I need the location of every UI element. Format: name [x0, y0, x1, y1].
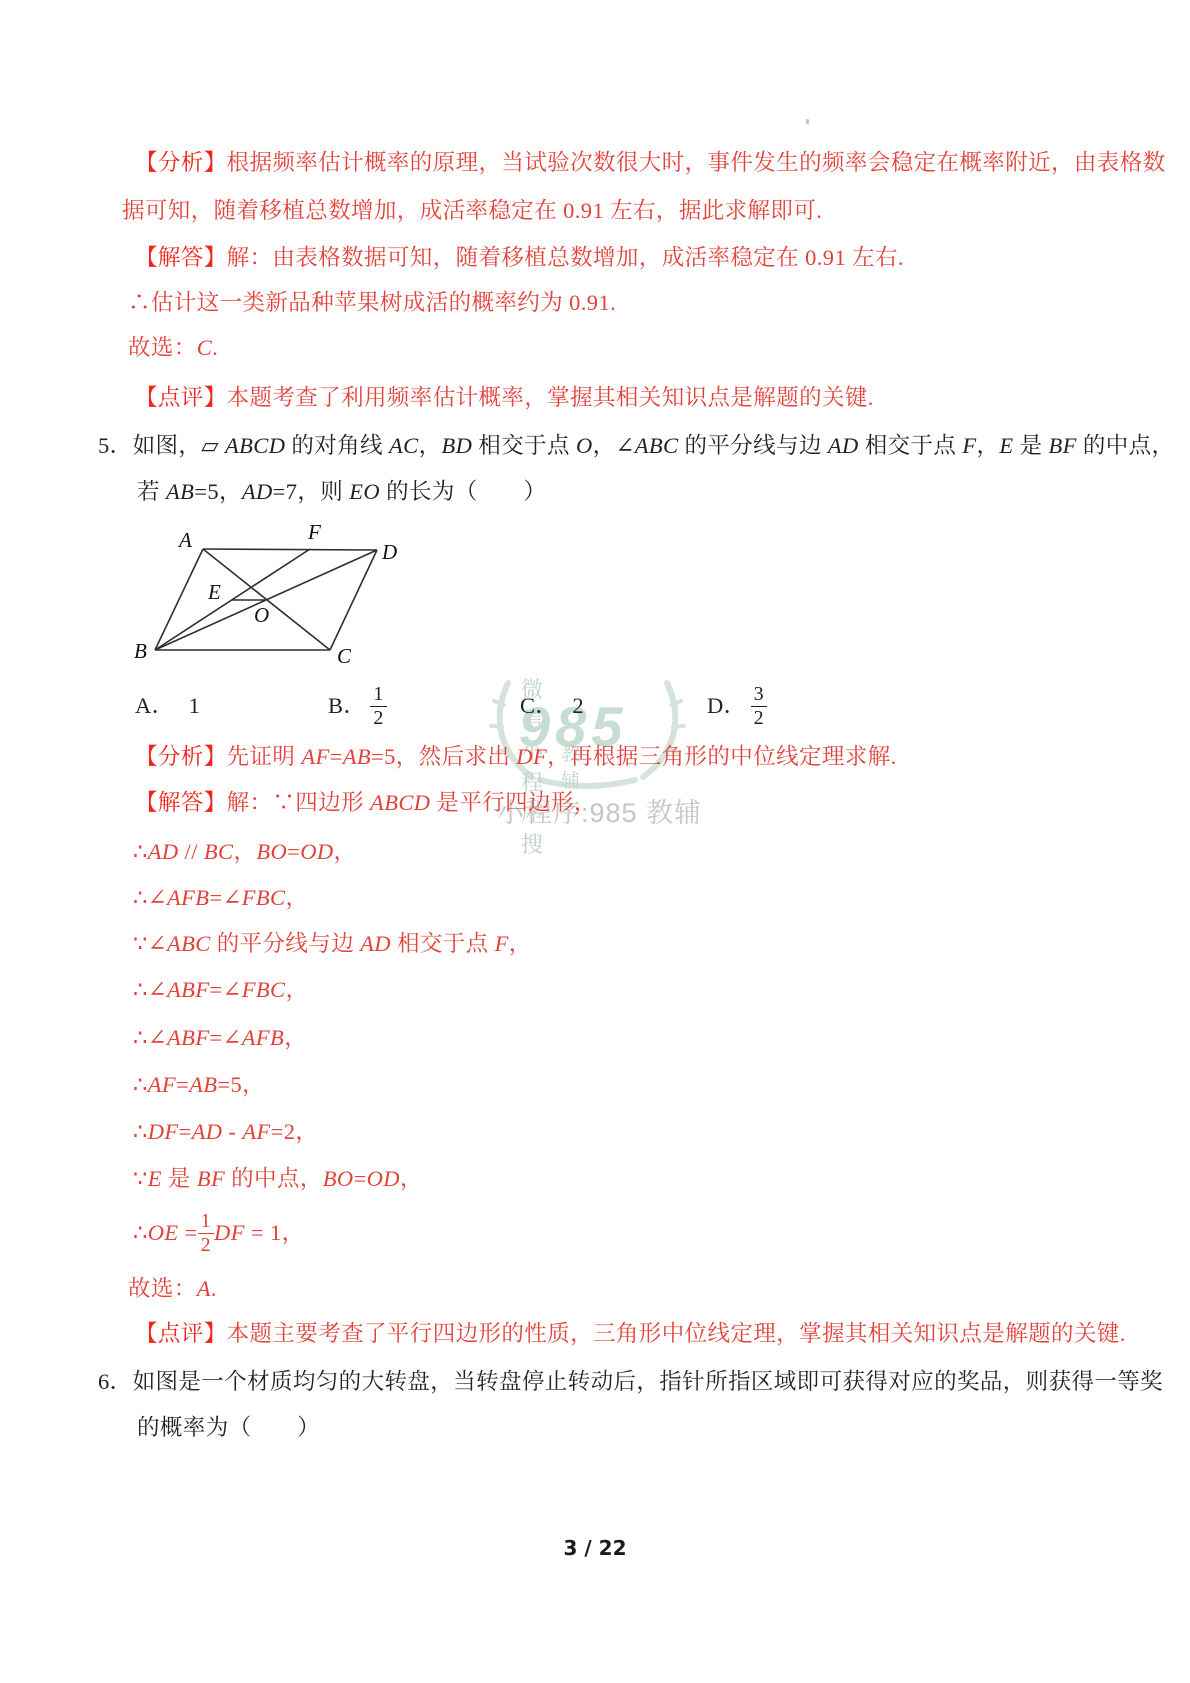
q4-choice-line: 故选：C.	[128, 333, 218, 363]
vertex-label-o: O	[254, 603, 269, 627]
q4-conclusion-line: ∴估计这一类新品种苹果树成活的概率约为 0.91.	[128, 288, 616, 318]
vertex-label-b: B	[134, 639, 147, 663]
q5-oe-equation-line: ∴OE = 12 DF = 1，	[133, 1201, 305, 1265]
q5-analysis-line: 【分析】先证明 AF=AB=5，然后求出 DF，再根据三角形的中位线定理求解.	[135, 742, 897, 772]
q5-comment-line: 【点评】本题主要考查了平行四边形的性质，三角形中位线定理，掌握其相关知识点是解题…	[135, 1319, 1126, 1349]
q6-number: 6．	[98, 1369, 133, 1394]
side-CD	[330, 550, 377, 650]
q5-step-line: ∵∠ABC 的平分线与边 AD 相交于点 F，	[133, 929, 532, 959]
q4-analysis-line1: 【分析】根据频率估计概率的原理，当试验次数很大时，事件发生的频率会稳定在概率附近…	[135, 148, 1166, 178]
q4-answer-line: 【解答】解：由表格数据可知，随着移植总数增加，成活率稳定在 0.91 左右.	[135, 243, 904, 273]
q5-step-line: ∴∠ABF=∠AFB，	[133, 1023, 307, 1053]
comment-tag: 【点评】	[135, 1321, 227, 1346]
option-d: D． 32	[707, 674, 767, 738]
parallelogram-figure: A F D E O B C	[128, 515, 418, 675]
option-b-fraction: 12	[370, 683, 386, 729]
comment-tag: 【点评】	[135, 385, 227, 410]
vertex-label-e: E	[207, 580, 221, 604]
q5-step-line: ∵E 是 BF 的中点，BO=OD，	[133, 1164, 423, 1194]
vertex-label-a: A	[177, 528, 192, 552]
option-a: A．1	[135, 691, 200, 721]
option-b: B． 12	[328, 674, 387, 738]
q6-stem-line2: 的概率为（ ）	[137, 1413, 320, 1443]
answer-tag: 【解答】	[135, 245, 227, 270]
q5-step-line: ∴DF=AD - AF=2，	[133, 1117, 318, 1147]
document-page: 微信小程序搜 985 教辅 小程序:985 教辅 【分析】根据频率估计概率的原理…	[0, 0, 1190, 1683]
q5-stem-line2: 若 AB=5，AD=7，则 EO 的长为（ ）	[137, 477, 546, 507]
q5-step-line: ∴AD // BC，BO=OD，	[133, 837, 356, 867]
q5-step-line: ∴AF=AB=5，	[133, 1070, 265, 1100]
q5-choice-line: 故选：A.	[128, 1274, 217, 1304]
q4-comment-line: 【点评】本题考查了利用频率估计概率，掌握其相关知识点是解题的关键.	[135, 383, 874, 413]
q5-answer-line: 【解答】解：∵四边形 ABCD 是平行四边形，	[135, 788, 597, 818]
q4-analysis-line2: 据可知，随着移植总数增加，成活率稳定在 0.91 左右，据此求解即可.	[122, 196, 822, 226]
q5-stem-line1: 5．如图，▱ ABCD 的对角线 AC，BD 相交于点 O，∠ABC 的平分线与…	[98, 431, 1174, 461]
page-number: 3 / 22	[0, 1536, 1190, 1560]
option-d-fraction: 32	[751, 683, 767, 729]
oe-fraction: 12	[198, 1210, 214, 1256]
q6-stem-line1: 6．如图是一个材质均匀的大转盘，当转盘停止转动后，指针所指区域即可获得对应的奖品…	[98, 1367, 1163, 1397]
vertex-label-d: D	[381, 540, 397, 564]
scan-artifact-dot	[806, 119, 809, 124]
vertex-label-f: F	[307, 520, 321, 544]
q5-step-line: ∴∠AFB=∠FBC，	[133, 883, 308, 913]
analysis-tag: 【分析】	[135, 150, 227, 175]
analysis-tag: 【分析】	[135, 744, 227, 769]
q5-step-line: ∴∠ABF=∠FBC，	[133, 975, 308, 1005]
q5-number: 5．	[98, 433, 133, 458]
answer-tag: 【解答】	[135, 790, 227, 815]
option-c: C．2	[520, 691, 584, 721]
vertex-label-c: C	[337, 644, 352, 668]
side-AD	[203, 549, 377, 550]
